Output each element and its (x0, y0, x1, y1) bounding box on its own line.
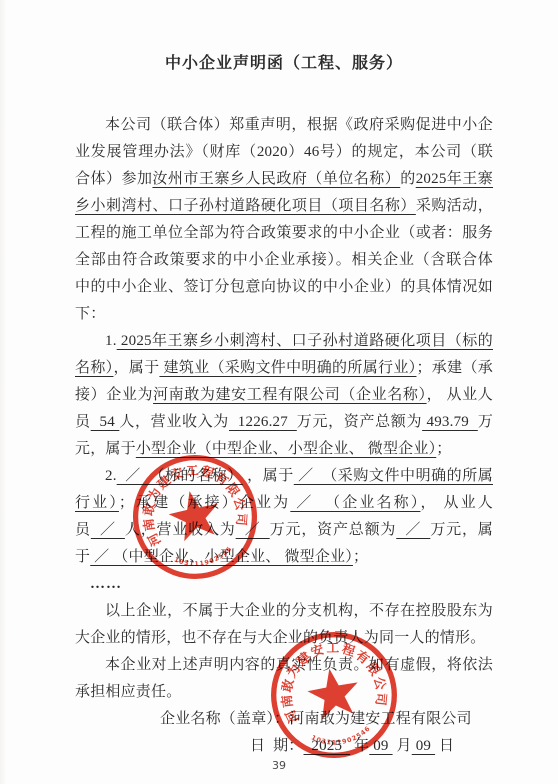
closing-paragraph-2: 本企业对上述声明内容的真实性负责。如有虚假，将依法承担相应责任。 (75, 652, 493, 706)
filled-blank: 河南敢为建安工程有限公司（企业名称） (153, 387, 427, 403)
filled-blank: 09 (369, 738, 392, 754)
text-segment: 年 (350, 738, 369, 754)
page-number: 39 (0, 759, 558, 772)
text-segment: ； (436, 441, 451, 457)
text-segment: 采购活动，工程的施工单位全部为符合政策要求的中小企业（或者：服务全部由符合政策要… (75, 198, 493, 322)
text-segment: ，属于 (113, 360, 159, 376)
text-segment: 月 (393, 738, 412, 754)
text-segment: ；承建（承接）企业为 (119, 495, 290, 511)
filled-blank: ／ （标的名称） (117, 468, 243, 484)
filled-blank: 小型企业（中型企业、小型企业、 微型企业） (136, 441, 436, 457)
text-segment: 人，营业收入为 (119, 414, 229, 430)
filled-blank: 09 (412, 738, 435, 754)
filled-blank: 54 (91, 414, 120, 430)
document-body: 中小企业声明函（工程、服务） 本公司（联合体）郑重声明，根据《政府采购促进中小企… (75, 54, 493, 760)
filled-blank: 493.79 (422, 414, 478, 430)
filled-blank: 汝州市王寨乡人民政府（单位名称） (152, 171, 400, 187)
text-segment: 2. (105, 468, 117, 484)
text-segment: 的 (400, 171, 416, 187)
filled-blank: 建筑业（采购文件中明确的所属行业） (159, 360, 416, 376)
filled-blank: ／ （中型企业、小型企业、 微型企业） (90, 549, 353, 565)
date-line: 日 期： 2025 年 09 月 09 日 (75, 733, 493, 760)
item-1-paragraph: 1. 2025年王寨乡小刺湾村、口子孙村道路硬化项目（标的名称），属于 建筑业（… (75, 328, 493, 463)
filled-blank: 1226.27 (229, 414, 297, 430)
text-segment: 万元，资产总额为 (297, 414, 422, 430)
intro-paragraph: 本公司（联合体）郑重声明，根据《政府采购促进中小企业发展管理办法》（财库（202… (75, 112, 493, 328)
text-segment: 人，营业收入为 (125, 522, 236, 538)
filled-blank: ／ （企业名称） (290, 495, 420, 511)
text-segment: 日 (435, 738, 454, 754)
document-title: 中小企业声明函（工程、服务） (75, 54, 493, 74)
filled-blank: 2025 (304, 738, 351, 754)
text-segment: 日 期： (250, 738, 304, 754)
text-segment: 1. (105, 333, 117, 349)
text-segment: ，属于 (243, 468, 294, 484)
closing-paragraph-1: 以上企业，不属于大企业的分支机构，不存在控股股东为大企业的情形，也不存在与大企业… (75, 598, 493, 652)
filled-blank: ／ (396, 522, 430, 538)
document-page: 中小企业声明函（工程、服务） 本公司（联合体）郑重声明，根据《政府采购促进中小企… (0, 0, 558, 784)
text-segment: 万元，资产总额为 (270, 522, 397, 538)
company-signature-line: 企业名称（盖章）：河南敢为建安工程有限公司 (75, 706, 493, 733)
filled-blank: ／ (91, 522, 125, 538)
text-segment: 企业名称（盖章）：河南敢为建安工程有限公司 (160, 711, 472, 727)
ellipsis-line: …… (75, 571, 493, 598)
item-2-paragraph: 2. ／ （标的名称） ，属于 ／ （采购文件中明确的所属行业）；承建（承接）企… (75, 463, 493, 571)
filled-blank: ／ (236, 522, 270, 538)
text-segment: ； (353, 549, 368, 565)
